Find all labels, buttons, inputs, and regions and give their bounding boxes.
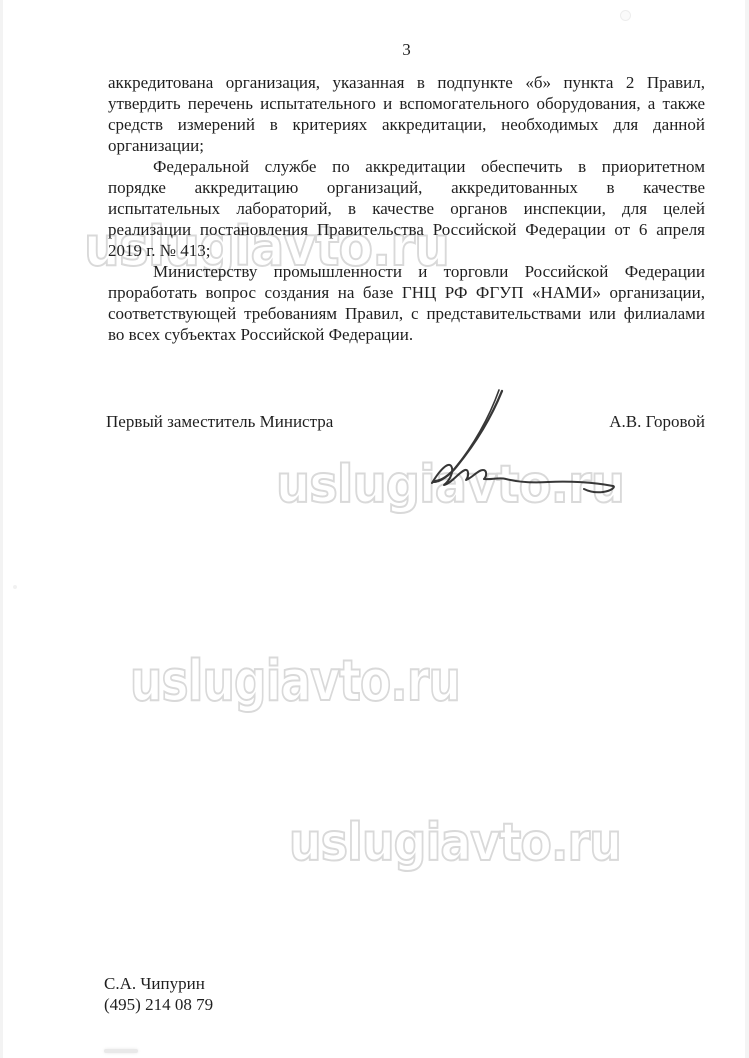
text-line: соответствующей требованиям Правил, с пр… (108, 303, 705, 324)
contact-phone: (495) 214 08 79 (104, 994, 213, 1015)
watermark-text: uslugiavto.ru (287, 815, 633, 877)
contact-block: С.А. Чипурин (495) 214 08 79 (104, 973, 213, 1015)
text-line: Министерству промышленности и торговли Р… (108, 261, 705, 282)
text-line: утвердить перечень испытательного и вспо… (108, 93, 705, 114)
text-line: аккредитована организация, указанная в п… (108, 72, 705, 93)
scan-artifact-fleck (13, 585, 17, 589)
signer-title: Первый заместитель Министра (106, 411, 333, 432)
text-line: 2019 г. № 413; (108, 240, 705, 261)
body-text: аккредитована организация, указанная в п… (108, 72, 705, 345)
scan-edge-right (745, 0, 749, 1058)
paragraph: аккредитована организация, указанная в п… (108, 72, 705, 156)
paragraph: Министерству промышленности и торговли Р… (108, 261, 705, 345)
text-line: во всех субъектах Российской Федерации. (108, 324, 705, 345)
page-number: 3 (108, 40, 705, 60)
scan-artifact-smudge (104, 1049, 138, 1053)
watermark-text: uslugiavto.ru (128, 652, 474, 718)
text-line: порядке аккредитацию организаций, аккред… (108, 177, 705, 198)
scan-artifact-dot (620, 10, 631, 21)
text-line: организации; (108, 135, 705, 156)
text-line: испытательных лабораторий, в качестве ор… (108, 198, 705, 219)
paragraph: Федеральной службе по аккредитации обесп… (108, 156, 705, 261)
svg-text:uslugiavto.ru: uslugiavto.ru (289, 815, 621, 873)
contact-name: С.А. Чипурин (104, 973, 213, 994)
text-line: проработать вопрос создания на базе ГНЦ … (108, 282, 705, 303)
svg-text:uslugiavto.ru: uslugiavto.ru (130, 652, 460, 714)
text-line: Федеральной службе по аккредитации обесп… (108, 156, 705, 177)
scan-edge-left (0, 0, 3, 1058)
document-page: uslugiavto.ru uslugiavto.ru uslugiavto.r… (0, 0, 749, 1058)
handwritten-signature (415, 386, 625, 504)
text-line: реализации постановления Правительства Р… (108, 219, 705, 240)
text-line: средств измерений в критериях аккредитац… (108, 114, 705, 135)
